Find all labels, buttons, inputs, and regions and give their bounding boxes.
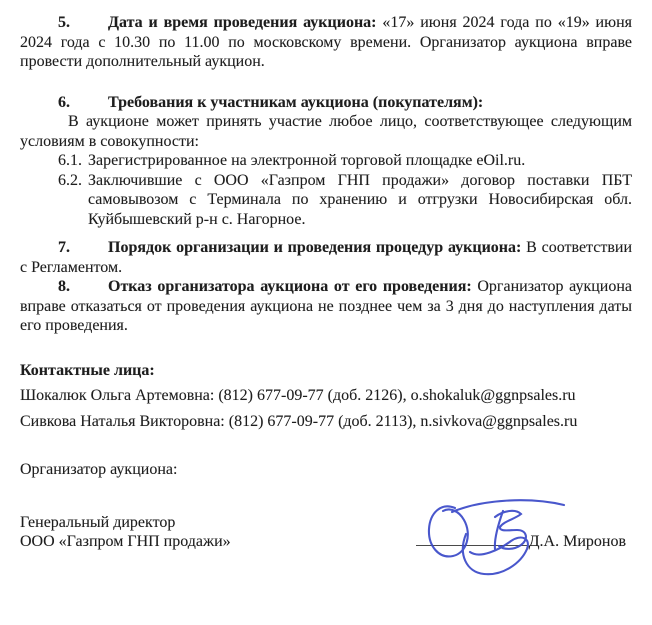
paragraph-8-title: Отказ организатора аукциона от его прове…	[108, 278, 472, 295]
list-item-6-2-text: Заключившие с ООО «Газпром ГНП продажи» …	[88, 172, 632, 228]
contacts-heading: Контактные лица:	[20, 361, 632, 381]
document-page: 5.Дата и время проведения аукциона: «17»…	[0, 0, 652, 625]
list-item-6-2: 6.2.Заключившие с ООО «Газпром ГНП прода…	[20, 171, 632, 230]
list-item-6-1-text: Зарегистрированное на электронной торгов…	[88, 152, 525, 169]
paragraph-5-title: Дата и время проведения аукциона:	[108, 14, 377, 31]
paragraph-8: 8.Отказ организатора аукциона от его про…	[20, 277, 632, 336]
director-title: Генеральный директор	[20, 513, 231, 533]
paragraph-7-number: 7.	[58, 238, 108, 258]
paragraph-8-number: 8.	[58, 277, 108, 297]
paragraph-7: 7.Порядок организации и проведения проце…	[20, 238, 632, 277]
paragraph-5-number: 5.	[58, 13, 108, 33]
paragraph-6-body: В аукционе может принять участие любое л…	[20, 112, 632, 151]
contact-person-2: Сивкова Наталья Викторовна: (812) 677-09…	[20, 412, 632, 432]
paragraph-5: 5.Дата и время проведения аукциона: «17»…	[20, 13, 632, 72]
contact-person-1: Шокалюк Ольга Артемовна: (812) 677-09-77…	[20, 386, 632, 406]
paragraph-6-number: 6.	[58, 93, 108, 113]
paragraph-7-title: Порядок организации и проведения процеду…	[108, 239, 521, 256]
signature-area: Д.А. Миронов	[416, 527, 632, 552]
paragraph-6-heading: 6.Требования к участникам аукциона (поку…	[20, 93, 632, 113]
signature-block: Генеральный директор ООО «Газпром ГНП пр…	[20, 513, 632, 552]
signatory-titles: Генеральный директор ООО «Газпром ГНП пр…	[20, 513, 231, 552]
company-name: ООО «Газпром ГНП продажи»	[20, 532, 231, 552]
organizer-label: Организатор аукциона:	[20, 460, 632, 480]
paragraph-6-title: Требования к участникам аукциона (покупа…	[108, 94, 483, 111]
signature-line	[416, 527, 527, 546]
list-item-6-2-number: 6.2.	[58, 171, 88, 191]
list-item-6-1: 6.1.Зарегистрированное на электронной то…	[20, 151, 632, 171]
signer-name: Д.А. Миронов	[527, 533, 626, 550]
list-item-6-1-number: 6.1.	[58, 151, 88, 171]
